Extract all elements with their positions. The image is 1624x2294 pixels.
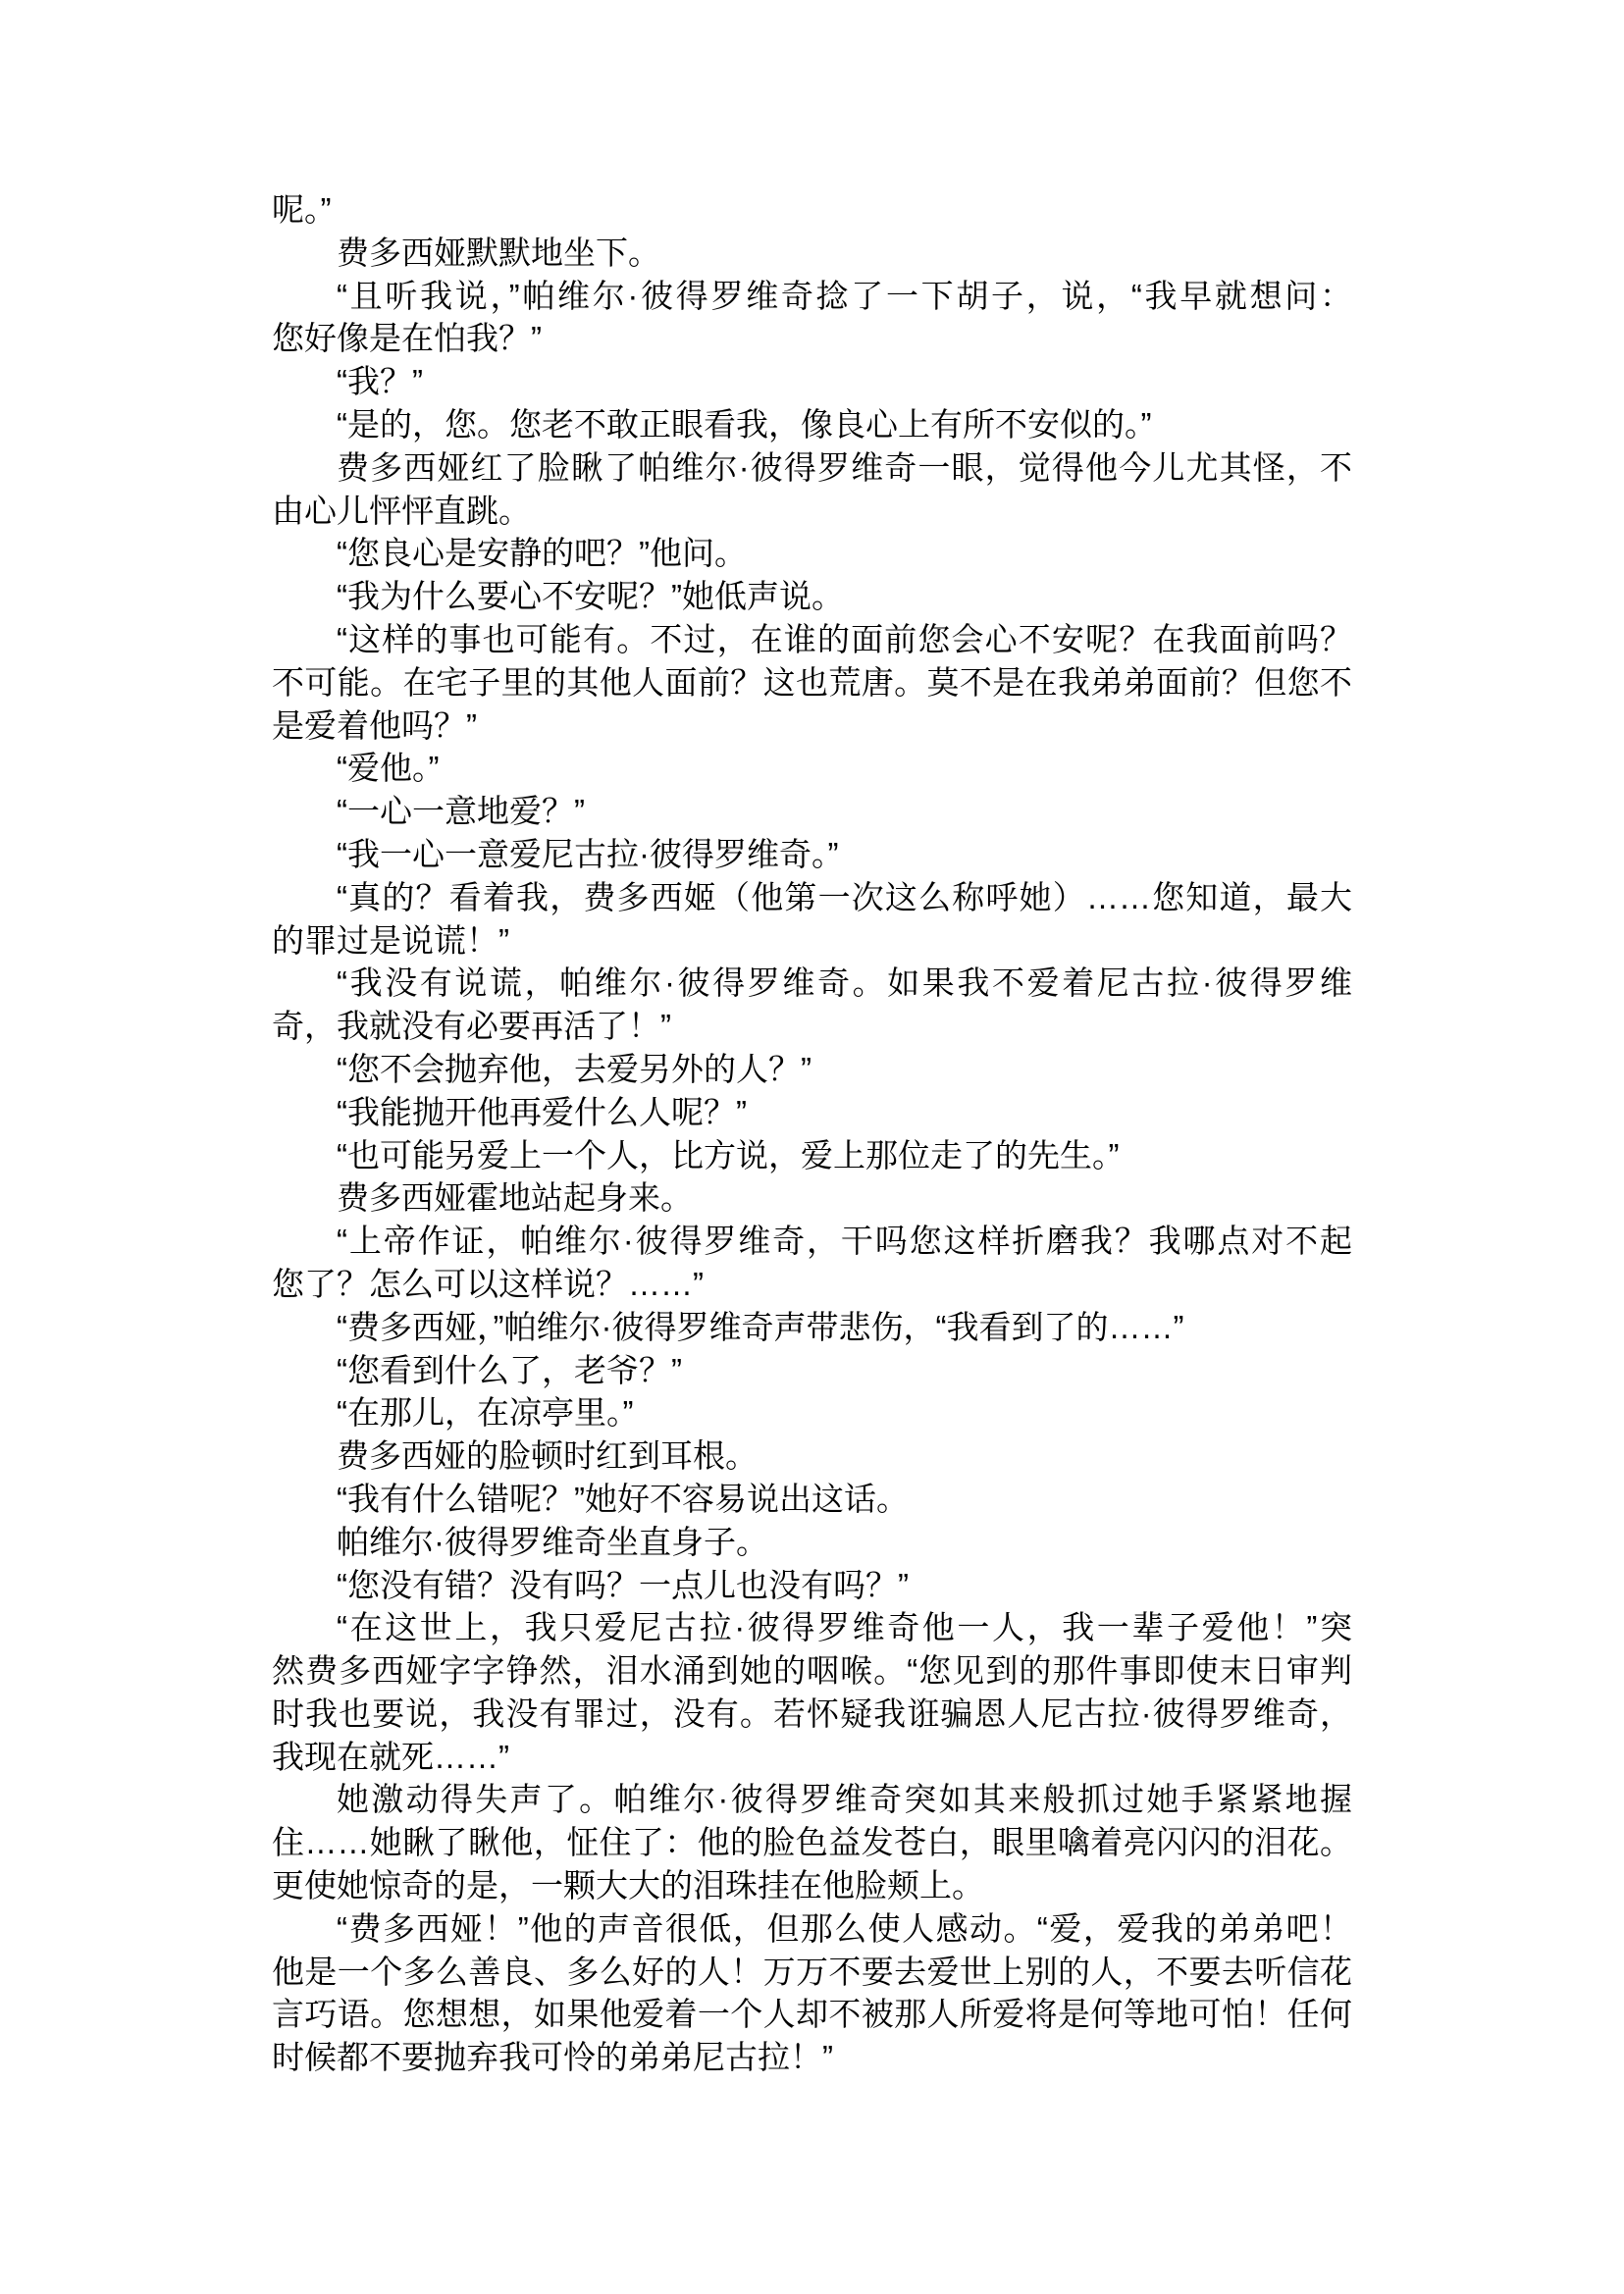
text-line: 我现在就死……” (272, 1736, 1352, 1779)
text-line: “费多西娅，”帕维尔·彼得罗维奇声带悲伤，“我看到了的……” (272, 1306, 1352, 1349)
text-line: 您好像是在怕我？” (272, 317, 1352, 360)
text-line: “且听我说，”帕维尔·彼得罗维奇捻了一下胡子，说，“我早就想问： (272, 275, 1352, 318)
text-line: 更使她惊奇的是，一颗大大的泪珠挂在他脸颊上。 (272, 1864, 1352, 1907)
text-line: 他是一个多么善良、多么好的人！万万不要去爱世上别的人，不要去听信花 (272, 1951, 1352, 1994)
text-line: “我一心一意爱尼古拉·彼得罗维奇。” (272, 833, 1352, 876)
text-line: 您了？怎么可以这样说？……” (272, 1263, 1352, 1306)
text-line: “费多西娅！”他的声音很低，但那么使人感动。“爱，爱我的弟弟吧！ (272, 1907, 1352, 1951)
text-line: “是的，您。您老不敢正眼看我，像良心上有所不安似的。” (272, 403, 1352, 446)
text-line: “您不会抛弃他，去爱另外的人？” (272, 1048, 1352, 1091)
text-line: 的罪过是说谎！” (272, 919, 1352, 963)
text-line: “在那儿，在凉亭里。” (272, 1391, 1352, 1434)
text-line: 时我也要说，我没有罪过，没有。若怀疑我诳骗恩人尼古拉·彼得罗维奇， (272, 1693, 1352, 1736)
text-line: 然费多西娅字字铮然，泪水涌到她的咽喉。“您见到的那件事即使末日审判 (272, 1649, 1352, 1693)
text-line: “也可能另爱上一个人，比方说，爱上那位走了的先生。” (272, 1134, 1352, 1177)
text-line: 言巧语。您想想，如果他爱着一个人却不被那人所爱将是何等地可怕！任何 (272, 1993, 1352, 2036)
text-line: “您看到什么了，老爷？” (272, 1349, 1352, 1392)
text-line: “真的？看着我，费多西姬（他第一次这么称呼她）……您知道，最大 (272, 876, 1352, 919)
text-line: 是爱着他吗？” (272, 704, 1352, 748)
text-line: “一心一意地爱？” (272, 790, 1352, 833)
text-line: 呢。” (272, 188, 1352, 232)
text-line: “我没有说谎，帕维尔·彼得罗维奇。如果我不爱着尼古拉·彼得罗维 (272, 962, 1352, 1005)
text-line: “您良心是安静的吧？”他问。 (272, 532, 1352, 575)
text-line: 住……她瞅了瞅他，怔住了：他的脸色益发苍白，眼里噙着亮闪闪的泪花。 (272, 1821, 1352, 1864)
document-page: 呢。”费多西娅默默地坐下。“且听我说，”帕维尔·彼得罗维奇捻了一下胡子，说，“我… (0, 0, 1624, 2294)
text-line: 不可能。在宅子里的其他人面前？这也荒唐。莫不是在我弟弟面前？但您不 (272, 661, 1352, 704)
text-line: “我有什么错呢？”她好不容易说出这话。 (272, 1478, 1352, 1521)
text-line: “我？” (272, 360, 1352, 403)
text-line: “爱他。” (272, 747, 1352, 790)
text-line: 费多西娅默默地坐下。 (272, 232, 1352, 275)
text-line: 由心儿怦怦直跳。 (272, 490, 1352, 533)
text-line: 奇，我就没有必要再活了！” (272, 1005, 1352, 1048)
text-line: “这样的事也可能有。不过，在谁的面前您会心不安呢？在我面前吗？ (272, 618, 1352, 661)
text-line: 她激动得失声了。帕维尔·彼得罗维奇突如其来般抓过她手紧紧地握 (272, 1778, 1352, 1821)
text-line: “我为什么要心不安呢？”她低声说。 (272, 575, 1352, 618)
text-line: “我能抛开他再爱什么人呢？” (272, 1091, 1352, 1134)
text-content: 呢。”费多西娅默默地坐下。“且听我说，”帕维尔·彼得罗维奇捻了一下胡子，说，“我… (272, 188, 1352, 2079)
text-line: 时候都不要抛弃我可怜的弟弟尼古拉！” (272, 2036, 1352, 2079)
text-line: “在这世上，我只爱尼古拉·彼得罗维奇他一人，我一辈子爱他！”突 (272, 1606, 1352, 1649)
text-line: 费多西娅红了脸瞅了帕维尔·彼得罗维奇一眼，觉得他今儿尤其怪，不 (272, 446, 1352, 490)
text-line: 费多西娅霍地站起身来。 (272, 1176, 1352, 1220)
text-line: 费多西娅的脸顿时红到耳根。 (272, 1434, 1352, 1478)
text-line: 帕维尔·彼得罗维奇坐直身子。 (272, 1521, 1352, 1564)
text-line: “上帝作证，帕维尔·彼得罗维奇，干吗您这样折磨我？我哪点对不起 (272, 1220, 1352, 1263)
text-line: “您没有错？没有吗？一点儿也没有吗？” (272, 1564, 1352, 1607)
